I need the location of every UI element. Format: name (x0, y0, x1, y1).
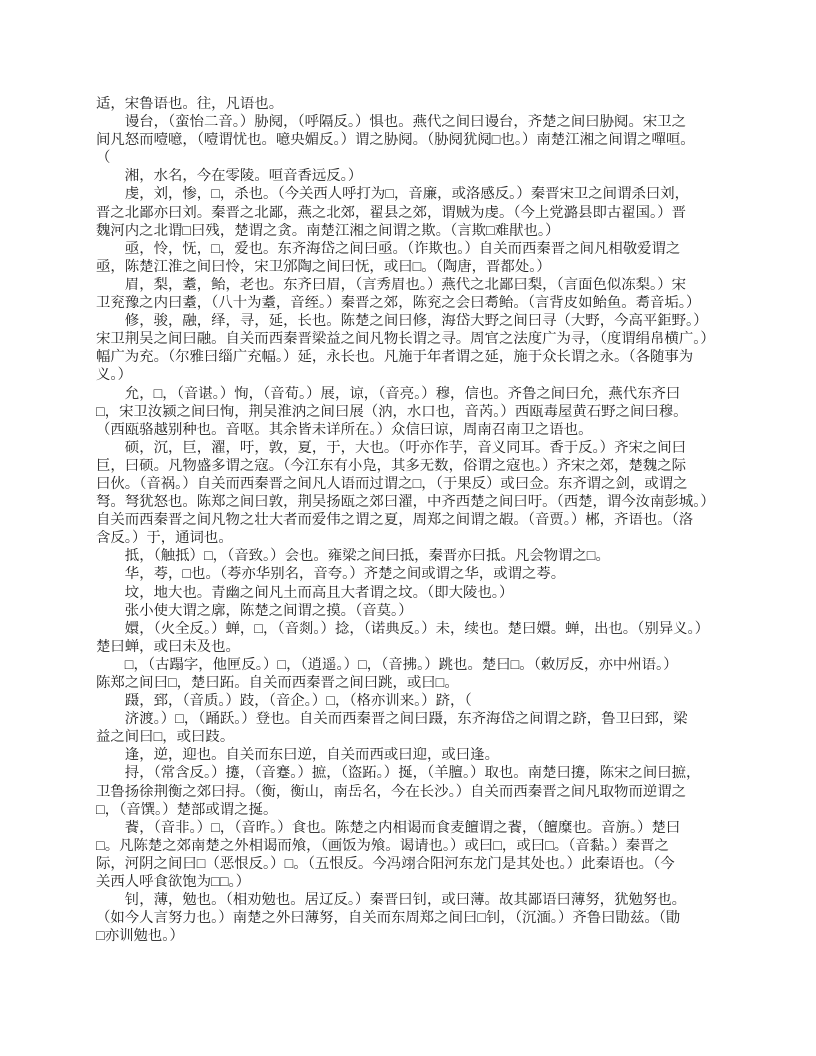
text-line: 华，荂，□也。（荂亦华别名，音夸。）齐楚之间或谓之华，或谓之荂。 (96, 565, 724, 583)
text-line: 间凡怒而噎噫，（噎谓忧也。噫央媚反。）谓之胁阋。（胁阋犹阋□也。）南楚江湘之间谓… (96, 131, 724, 149)
text-line: 幅广为充。（尔雅曰缁广充幅。）延，永长也。凡施于年者谓之延，施于众长谓之永。（各… (96, 348, 724, 366)
text-line: 晋之北鄙亦曰刘。秦晋之北鄙，燕之北郊，翟县之郊，谓贼为虔。（今上党潞县即古翟国。… (96, 204, 724, 222)
text-line: 际，河阴之间曰□（恶恨反。）□。（五恨反。今冯翊合阳河东龙门是其处也。）此秦语也… (96, 855, 724, 873)
text-line: 嬛，（火全反。）蝉，□，（音剡。）捻，（诺典反。）未，续也。楚曰嬛。蝉，出也。（… (96, 620, 724, 638)
text-line: 巨，曰硕。凡物盛多谓之寇。（今江东有小凫，其多无数，俗谓之寇也。）齐宋之郊，楚魏… (96, 457, 724, 475)
text-line: 益之间曰□，或曰跂。 (96, 728, 724, 746)
text-line: 义。） (96, 366, 724, 384)
text-line: □，（古蹋字，他匣反。）□，（逍遥。）□，（音拂。）跳也。楚曰□。（敕厉反，亦中… (96, 656, 724, 674)
text-line: 曰伙。（音祸。）自关而西秦晋之间凡人语而过谓之□，（于果反）或曰佥。东齐谓之剑，… (96, 475, 724, 493)
text-line: 虔，刘，惨，□，杀也。（今关西人呼打为□，音廉，或洛感反。）秦晋宋卫之间谓杀曰刘… (96, 185, 724, 203)
text-line: （ (96, 149, 724, 167)
text-line: 适，宋鲁语也。往，凡语也。 (96, 95, 724, 113)
text-line: 坟，地大也。青幽之间凡土而高且大者谓之坟。（即大陵也。） (96, 584, 724, 602)
text-line: 自关而西秦晋之间凡物之壮大者而爱伟之谓之夏，周郑之间谓之嘏。（音贾。）郴，齐语也… (96, 511, 724, 529)
text-line: □亦训勉也。） (96, 927, 724, 945)
text-line: 钊，薄，勉也。（相劝勉也。居辽反。）秦晋曰钊，或曰薄。故其鄙语曰薄努，犹勉努也。 (96, 891, 724, 909)
text-line: 亟，怜，怃，□，爱也。东齐海岱之间曰亟。（诈欺也。）自关而西秦晋之间凡相敬爱谓之 (96, 240, 724, 258)
text-line: （如今人言努力也。）南楚之外曰薄努，自关而东周郑之间曰□钊，（沉湎。）齐鲁曰勖兹… (96, 909, 724, 927)
text-line: 弩。弩犹怒也。陈郑之间曰敦，荆吴扬瓯之郊曰濯，中齐西楚之间曰吁。（西楚，谓今汝南… (96, 493, 724, 511)
text-line: 修，骏，融，绎，寻，延，长也。陈楚之间曰修，海岱大野之间曰寻（大野，今高平鉅野。… (96, 312, 724, 330)
text-line: 抵，（触抵）□，（音致。）会也。雍梁之间曰抵，秦晋亦曰抵。凡会物谓之□。 (96, 547, 724, 565)
text-line: 卫鲁扬徐荆衡之郊曰挦。（衡，衡山，南岳名，今在长沙。）自关而西秦晋之间凡取物而逆… (96, 783, 724, 801)
text-line: 陈郑之间曰□，楚曰跖。自关而西秦晋之间曰跳，或曰□。 (96, 674, 724, 692)
text-line: 含反。）于，通词也。 (96, 529, 724, 547)
text-line: 硕，沉，巨，濯，吁，敦，夏，于，大也。（吁亦作芋，音义同耳。香于反。）齐宋之间曰 (96, 439, 724, 457)
text-line: 挦，（常含反。）攓，（音蹇。）摭，（盗跖。）挻，（羊膻。）取也。南楚曰攓，陈宋之… (96, 764, 724, 782)
text-line: 亟，陈楚江淮之间曰怜，宋卫邠陶之间曰怃，或曰□。（陶唐，晋都处。） (96, 258, 724, 276)
text-line: □。凡陈楚之郊南楚之外相谒而飧，（画饭为飧。谒请也。）或曰□，或曰□。（音黏。）… (96, 837, 724, 855)
text-line: （西瓯骆越别种也。音呕。其余皆未详所在。）众信曰谅，周南召南卫之语也。 (96, 421, 724, 439)
text-line: 魏河内之北谓□曰残，楚谓之贪。南楚江湘之间谓之欺。（言欺□难猒也。） (96, 222, 724, 240)
text-line: □，宋卫汝颍之间曰恂，荆吴淮汭之间曰展（汭，水口也，音芮。）西瓯毒屋黄石野之间曰… (96, 403, 724, 421)
text-line: 关西人呼食欲饱为□□。） (96, 873, 724, 891)
text-line: 楚曰蝉，或曰未及也。 (96, 638, 724, 656)
text-line: 张小使大谓之廓，陈楚之间谓之摸。（音莫。） (96, 602, 724, 620)
text-line: 蹑，郅，（音质。）跂，（音企。）□，（格亦训来。）跻，（ (96, 692, 724, 710)
text-line: 逢，逆，迎也。自关而东曰逆，自关而西或曰迎，或曰逢。 (96, 746, 724, 764)
document-text: 适，宋鲁语也。往，凡语也。谩台，（蛮怡二音。）胁阋，（呼隔反。）惧也。燕代之间曰… (96, 95, 724, 945)
text-line: 济渡。）□，（踊跃。）登也。自关而西秦晋之间曰蹑，东齐海岱之间谓之跻，鲁卫曰郅，… (96, 710, 724, 728)
text-line: 谩台，（蛮怡二音。）胁阋，（呼隔反。）惧也。燕代之间曰谩台，齐楚之间曰胁阋。宋卫… (96, 113, 724, 131)
document-page: 适，宋鲁语也。往，凡语也。谩台，（蛮怡二音。）胁阋，（呼隔反。）惧也。燕代之间曰… (0, 0, 816, 1056)
text-line: 眉，梨，耋，鲐，老也。东齐曰眉，（言秀眉也。）燕代之北鄙曰梨，（言面色似冻梨。）… (96, 276, 724, 294)
text-line: 餥，（音非。）□，（音昨。）食也。陈楚之内相谒而食麦饘谓之餥，（饘糜也。音旃。）… (96, 819, 724, 837)
text-line: 允，□，（音谌。）恂，（音荀。）展，谅，（音亮。）穆，信也。齐鲁之间曰允，燕代东… (96, 385, 724, 403)
text-line: □，（音馔。）楚部或谓之挻。 (96, 801, 724, 819)
text-line: 湘，水名，今在零陵。咺音香远反。） (96, 167, 724, 185)
text-line: 宋卫荆吴之间曰融。自关而西秦晋梁益之间凡物长谓之寻。周官之法度广为寻，（度谓绢帛… (96, 330, 724, 348)
text-line: 卫兖豫之内曰耋，（八十为耋，音绖。）秦晋之郊，陈兖之会曰耈鲐。（言背皮如鲐鱼。耈… (96, 294, 724, 312)
